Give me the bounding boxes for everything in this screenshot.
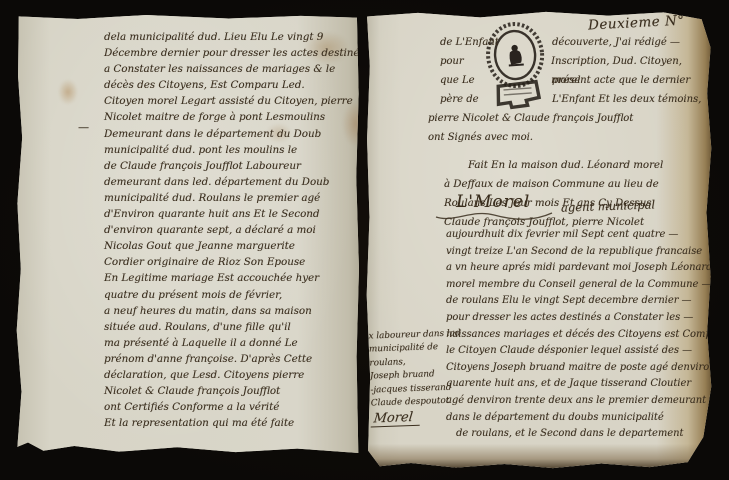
line-right-fragment: L'Enfant Et les deux témoins, — [552, 90, 701, 109]
left-manuscript-page: — dela municipalité dud. Lieu Elu Le vin… — [16, 15, 359, 453]
manuscript-line: pierre Nicolet & Claude françois Joufflo… — [428, 109, 712, 128]
manuscript-line: Nicolas Gout que Jeanne marguerite — [104, 238, 365, 254]
left-page-text-block: dela municipalité dud. Lieu Elu Le vingt… — [104, 29, 365, 431]
margin-note: x laboureur dans lad municipalité de rou… — [368, 328, 455, 429]
act-number-header: Deuxieme N° — [588, 12, 685, 33]
manuscript-line: naissances mariages et décés des Citoyen… — [446, 327, 729, 344]
manuscript-line: quatre du présent mois de février, — [104, 287, 365, 303]
manuscript-line: Nicolet & Claude françois Joufflot — [104, 383, 365, 399]
manuscript-line: déclaration, que Lesd. Citoyens pierre — [104, 367, 365, 383]
line-left-fragment: pour — [428, 52, 501, 71]
line-left-fragment: de L'Enfant — [428, 33, 502, 52]
manuscript-line: a vn heure aprés midi pardevant moi Jose… — [446, 260, 729, 277]
manuscript-line: a Constater les naissances de mariages &… — [104, 61, 365, 77]
manuscript-line: vingt treize L'an Second de la republiqu… — [446, 244, 729, 261]
manuscript-line: municipalité dud. Roulans le premier agé — [104, 190, 365, 206]
manuscript-line: prénom d'anne françoise. D'après Cette — [104, 351, 365, 367]
manuscript-line: a neuf heures du matin, dans sa maison — [104, 303, 365, 319]
manuscript-line: d'Environ quarante huit ans Et le Second — [104, 206, 365, 222]
opening-text-block: de L'Enfant découverte, J'ai rédigé — po… — [428, 33, 712, 147]
signature-row: L'Morel agent municipal — [456, 192, 530, 212]
manuscript-line: que Le présent acte que le dernier — [428, 71, 712, 90]
manuscript-line: pour Inscription, Dud. Citoyen, morel — [428, 52, 712, 71]
margin-signature-morel: Morel — [371, 411, 422, 428]
manuscript-line: de L'Enfant découverte, J'ai rédigé — — [428, 33, 712, 52]
manuscript-line: de roulans, et le Second dans le departe… — [446, 426, 729, 443]
manuscript-line: aujourdhuit dix fevrier mil Sept cent qu… — [446, 227, 729, 244]
manuscript-line: agé denviron trente deux ans le premier … — [446, 393, 729, 410]
manuscript-line: le Citoyen Claude désponier lequel assis… — [446, 343, 729, 360]
manuscript-line: pour dresser les actes destinés a Consta… — [446, 310, 729, 327]
manuscript-line: d'environ quarante sept, a déclaré a moi — [104, 222, 365, 238]
signature-flourish-icon — [434, 207, 554, 223]
margin-dash: — — [78, 121, 89, 134]
line-right-fragment: découverte, J'ai rédigé — — [552, 33, 680, 52]
manuscript-line: ont Signés avec moi. — [428, 128, 712, 147]
right-manuscript-page: Deuxieme N° de L'Enfant découverte, J'ai… — [366, 11, 712, 469]
line-left-fragment: que Le — [428, 71, 502, 90]
manuscript-line: municipalité dud. pont les moulins le — [104, 142, 365, 158]
manuscript-line: située aud. Roulans, d'une fille qu'il — [104, 319, 365, 335]
manuscript-line: morel membre du Conseil general de la Co… — [446, 277, 729, 294]
manuscript-line: quarente huit ans, et de Jaque tisserand… — [446, 376, 729, 393]
manuscript-line: père de L'Enfant Et les deux témoins, — [428, 90, 712, 109]
line-right-fragment: Inscription, Dud. Citoyen, morel — [551, 52, 712, 71]
manuscript-line: dela municipalité dud. Lieu Elu Le vingt… — [104, 29, 365, 45]
second-act-text-block: aujourdhuit dix fevrier mil Sept cent qu… — [446, 227, 729, 443]
manuscript-line: décès des Citoyens, Est Comparu Led. — [104, 77, 365, 93]
manuscript-line: Et la representation qui ma été faite — [104, 415, 365, 431]
manuscript-line: Décembre dernier pour dresser les actes … — [104, 45, 365, 61]
manuscript-line: de roulans Elu le vingt Sept decembre de… — [446, 293, 729, 310]
manuscript-line: Citoyens Joseph bruand maitre de poste a… — [446, 360, 729, 377]
manuscript-line: de Claude françois Joufflot Laboureur — [104, 158, 365, 174]
manuscript-line: Cordier originaire de Rioz Son Epouse — [104, 254, 365, 270]
manuscript-line: Nicolet maitre de forge à pont Lesmoulin… — [104, 109, 365, 125]
manuscript-line: Citoyen morel Legart assisté du Citoyen,… — [104, 93, 365, 109]
manuscript-line: ont Certifiés Conforme a la vérité — [104, 399, 365, 415]
manuscript-line: dans le département du doubs municipalit… — [446, 410, 729, 427]
manuscript-line: Fait En la maison dud. Léonard morel — [444, 156, 663, 175]
manuscript-line: ma présenté à Laquelle il a donné Le — [104, 335, 365, 351]
manuscript-line: En Legitime mariage Est accouchée hyer — [104, 270, 365, 286]
line-left-fragment: père de — [428, 90, 502, 109]
manuscript-line: Demeurant dans le département du Doub — [104, 126, 365, 142]
margin-note-line: Claude despoutot — [371, 395, 455, 411]
manuscript-line: demeurant dans led. département du Doub — [104, 174, 365, 190]
line-right-fragment: présent acte que le dernier — [552, 71, 690, 90]
foxing-stain — [58, 79, 78, 105]
